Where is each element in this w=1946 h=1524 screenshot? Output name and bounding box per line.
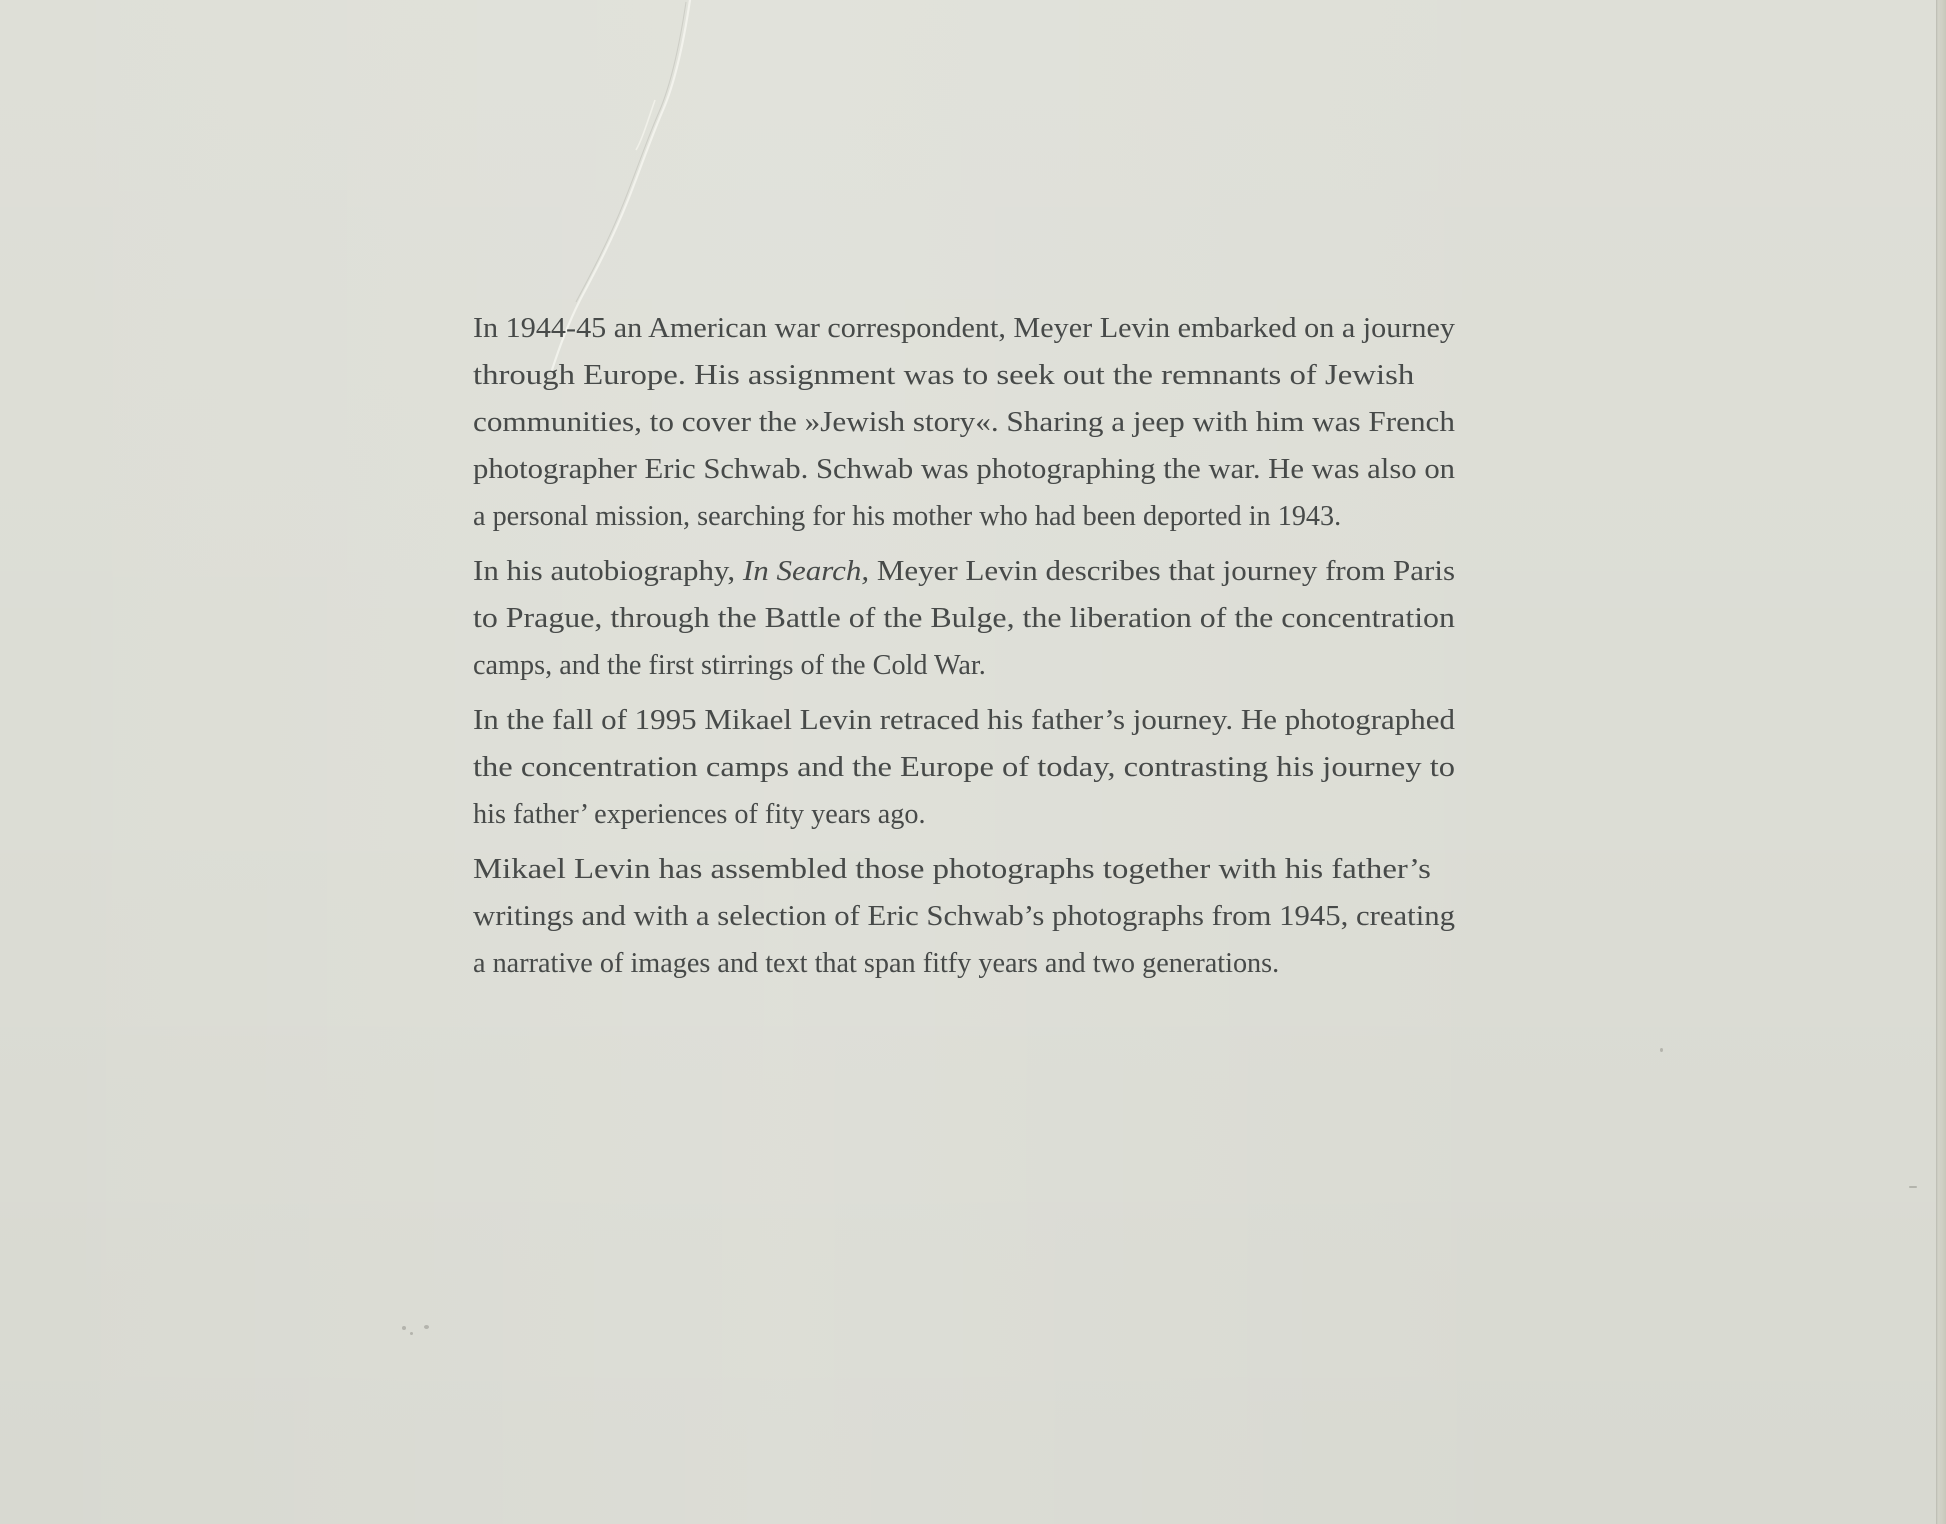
text-line: camps, and the first stirrings of the Co… bbox=[473, 642, 1463, 689]
text-segment: In 1944-45 an American war correspondent… bbox=[473, 313, 1455, 344]
book-title-italic: In Search, bbox=[743, 556, 869, 587]
text-line: In his autobiography, In Search, Meyer L… bbox=[473, 548, 1463, 595]
text-line: through Europe. His assignment was to se… bbox=[473, 352, 1463, 399]
paragraph-4: Mikael Levin has assembled those photogr… bbox=[473, 846, 1463, 987]
text-segment: Mikael Levin has assembled those photogr… bbox=[473, 854, 1431, 885]
text-line: a narrative of images and text that span… bbox=[473, 940, 1463, 987]
text-segment: to Prague, through the Battle of the Bul… bbox=[473, 603, 1455, 634]
text-segment: the concentration camps and the Europe o… bbox=[473, 752, 1455, 783]
text-segment: his father’ experiences of fity years ag… bbox=[473, 799, 926, 830]
text-segment: photographer Eric Schwab. Schwab was pho… bbox=[473, 454, 1455, 485]
text-line: his father’ experiences of fity years ag… bbox=[473, 791, 1463, 838]
text-line: Mikael Levin has assembled those photogr… bbox=[473, 846, 1463, 893]
paper-speck bbox=[410, 1332, 413, 1335]
text-line: In 1944-45 an American war correspondent… bbox=[473, 305, 1463, 352]
text-segment: through Europe. His assignment was to se… bbox=[473, 360, 1414, 391]
text-segment: communities, to cover the »Jewish story«… bbox=[473, 407, 1455, 438]
text-segment: camps, and the first stirrings of the Co… bbox=[473, 650, 986, 681]
text-segment: a personal mission, searching for his mo… bbox=[473, 501, 1341, 532]
text-line: a personal mission, searching for his mo… bbox=[473, 493, 1463, 540]
paper-speck bbox=[402, 1326, 406, 1330]
paragraph-2: In his autobiography, In Search, Meyer L… bbox=[473, 548, 1463, 689]
text-line: In the fall of 1995 Mikael Levin retrace… bbox=[473, 697, 1463, 744]
text-segment: Meyer Levin describes that journey from … bbox=[869, 556, 1455, 587]
text-segment: In the fall of 1995 Mikael Levin retrace… bbox=[473, 705, 1455, 736]
paper-speck bbox=[1909, 1186, 1917, 1188]
blurb-text-block: In 1944-45 an American war correspondent… bbox=[473, 305, 1463, 995]
paper-speck bbox=[1660, 1048, 1663, 1052]
text-line: the concentration camps and the Europe o… bbox=[473, 744, 1463, 791]
book-cover-page: In 1944-45 an American war correspondent… bbox=[0, 0, 1946, 1524]
paragraph-1: In 1944-45 an American war correspondent… bbox=[473, 305, 1463, 540]
text-line: photographer Eric Schwab. Schwab was pho… bbox=[473, 446, 1463, 493]
spine-edge-shadow bbox=[1936, 0, 1946, 1524]
text-line: communities, to cover the »Jewish story«… bbox=[473, 399, 1463, 446]
text-segment: a narrative of images and text that span… bbox=[473, 948, 1279, 979]
text-segment: In his autobiography, bbox=[473, 556, 743, 587]
paper-speck bbox=[424, 1325, 429, 1329]
text-line: writings and with a selection of Eric Sc… bbox=[473, 893, 1463, 940]
text-segment: writings and with a selection of Eric Sc… bbox=[473, 901, 1455, 932]
paragraph-3: In the fall of 1995 Mikael Levin retrace… bbox=[473, 697, 1463, 838]
text-line: to Prague, through the Battle of the Bul… bbox=[473, 595, 1463, 642]
